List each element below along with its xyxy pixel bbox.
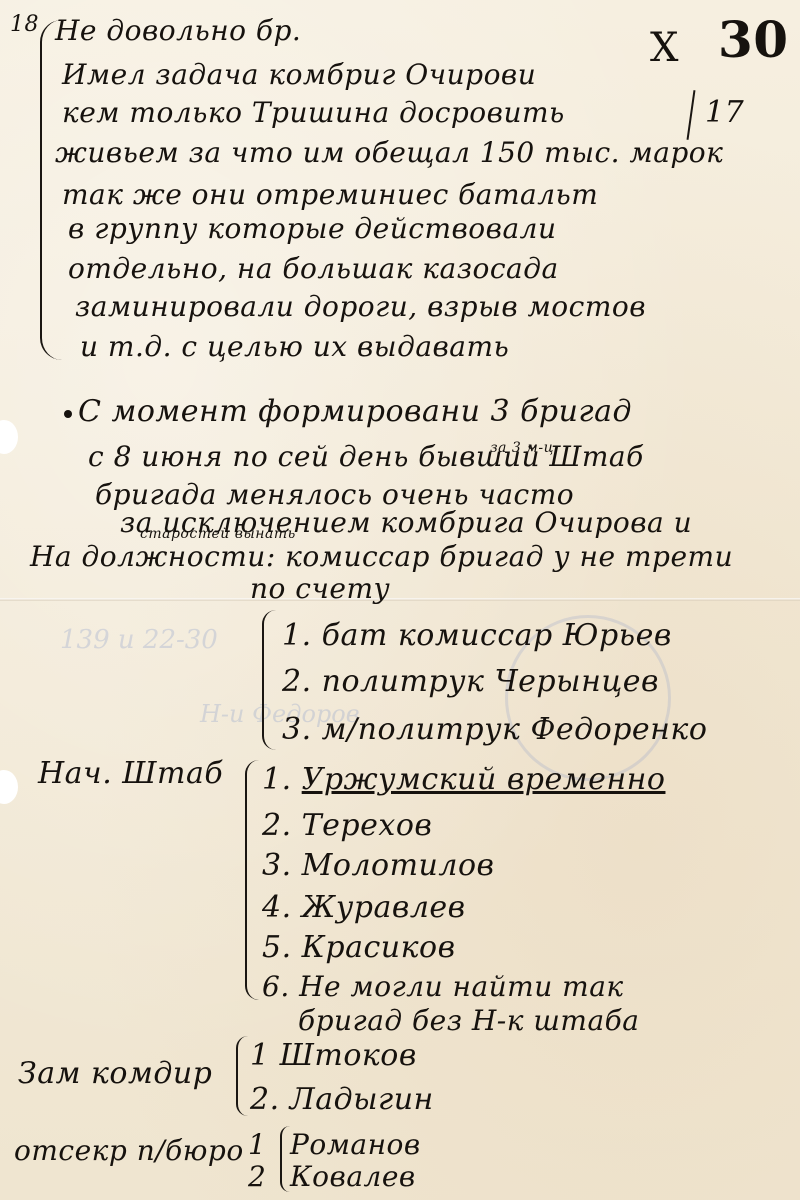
item-text: м/политрук Федоренко [322,712,708,747]
margin-mark: 17 [705,95,744,130]
item-text: Штоков [280,1038,417,1073]
item-text: политрук Черынцев [322,664,659,699]
list-item: бригад без Н-к штаба [298,1004,639,1037]
item-number: 1 [250,1038,270,1073]
list-item: 3. Молотилов [262,848,495,883]
list-item-number: 2 [248,1160,266,1193]
list-item: 3. м/политрук Федоренко [282,712,707,747]
secretaries-label: отсекр п/бюро [14,1134,244,1167]
list-item: 2. Терехов [262,808,432,843]
secretaries-brace [280,1126,290,1192]
list-item: 5. Красиков [262,930,456,965]
item-number: 2. [262,808,292,843]
section2-line: с 8 июня по сей день бывший Штаб [88,440,644,473]
item-text: бригад без Н-к штаба [298,1004,639,1037]
section1-line: так же они отреминиес батальт [62,178,598,211]
item-text: Ладыгин [290,1082,434,1117]
chief-of-staff-brace [245,760,259,1000]
item-number: 18 [10,12,39,37]
paper-fold [0,598,800,601]
section2-line: На должности: комиссар бригад у не трети [30,540,733,573]
list-item-text: Романов [290,1128,421,1161]
section1-line: живьем за что им обещал 150 тыс. марок [55,136,723,169]
list-item: 1. Уржумский временно [262,762,665,797]
item-text: Журавлев [302,890,466,925]
item-text: Молотилов [302,848,495,883]
list-item: 2. Ладыгин [250,1082,434,1117]
commissars-brace [262,610,276,750]
section2-line: С момент формировани 3 бригад [78,394,632,429]
item-number: 3. [282,712,312,747]
item-number: 5. [262,930,292,965]
section1-line: Имел задача комбриг Очирови [62,58,536,91]
chief-of-staff-label: Нач. Штаб [38,756,223,791]
list-item-number: 1 [248,1128,266,1161]
section1-line: Не довольно бр. [55,14,301,47]
item-text: Красиков [302,930,456,965]
item-number: 6. [262,970,290,1003]
item-text: Не могли найти так [299,970,624,1003]
list-item: 1 Штоков [250,1038,417,1073]
item-text: Терехов [302,808,433,843]
bleed-through-text: 139 и 22-30 [60,625,218,655]
item-number: 2. [282,664,312,699]
document-page: 139 и 22-30 Н-и Федоров 18 X 30 17 Не до… [0,0,800,1200]
list-item: 1. бат комиссар Юрьев [282,618,672,653]
item-text: Уржумский временно [302,762,666,797]
section1-bracket [40,20,62,360]
section1-line: заминировали дороги, взрыв мостов [75,290,646,323]
item-number: 1. [262,762,292,797]
margin-bar [687,90,696,140]
deputy-commanders-label: Зам комдир [18,1056,212,1091]
section1-line: отдельно, на большак казосада [68,252,559,285]
list-item: 2. политрук Черынцев [282,664,659,699]
deputy-commanders-brace [236,1036,248,1116]
section1-line: и т.д. с целью их выдавать [80,330,509,363]
item-number: 1. [282,618,312,653]
page-number: 30 [718,10,789,69]
item-number: 3. [262,848,292,883]
cross-mark: X [650,25,679,71]
item-number: 2. [250,1082,280,1117]
section1-line: в группу которые действовали [68,212,557,245]
list-item: 6. Не могли найти так [262,970,624,1003]
punch-hole [0,420,18,454]
list-item-text: Ковалев [290,1160,416,1193]
list-item: 4. Журавлев [262,890,466,925]
section1-line: кем только Тришина досровить [62,96,565,129]
punch-hole [0,770,18,804]
section2-line: по счету [250,572,390,605]
item-number: 4. [262,890,292,925]
item-text: бат комиссар Юрьев [322,618,672,653]
bullet-dot [64,410,72,418]
